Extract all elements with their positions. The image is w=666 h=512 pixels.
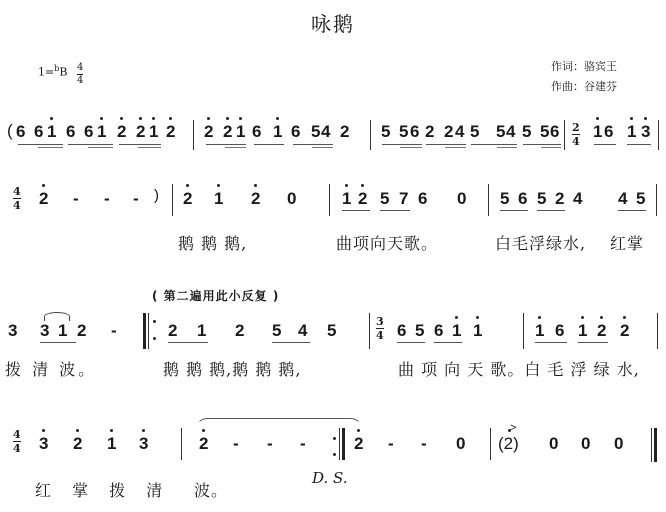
note: 6 xyxy=(550,122,559,142)
note-digit: 1 xyxy=(273,122,282,141)
note: 6 xyxy=(252,122,261,142)
note: 2 xyxy=(183,189,192,209)
note: 6 xyxy=(434,321,443,341)
lyricist-credit: 作词：骆宾王 xyxy=(551,58,617,74)
note: 6 xyxy=(397,321,406,341)
ts-den: 4 xyxy=(376,330,384,341)
note-digit: 1 xyxy=(47,122,56,141)
note: 1 xyxy=(593,122,602,142)
composer-credit: 作曲：谷建芬 xyxy=(551,78,617,94)
note: 1 xyxy=(149,122,158,142)
note: 1 xyxy=(273,122,282,142)
dash: - xyxy=(104,189,110,209)
note: 0 xyxy=(456,434,465,454)
barline xyxy=(564,120,565,150)
note: 2 xyxy=(223,122,232,142)
barline xyxy=(148,313,149,349)
note-digit: 2 xyxy=(251,189,260,208)
time-signature-3-4: 34 xyxy=(376,316,384,341)
dash: - xyxy=(111,321,117,341)
lyric-line: 红掌 xyxy=(610,231,644,254)
note: 6 xyxy=(604,122,613,142)
note: 6 xyxy=(555,321,564,341)
note: 3 xyxy=(641,122,650,142)
note: 5 xyxy=(415,321,424,341)
note: 1 xyxy=(473,321,482,341)
note: 4 xyxy=(455,122,464,142)
key-tonic: B xyxy=(59,66,67,79)
note-digit: 1 xyxy=(97,122,106,141)
note: 6 xyxy=(291,122,300,142)
note: 2 xyxy=(358,189,367,209)
note: 7 xyxy=(399,189,408,209)
accent-mark: > xyxy=(510,422,516,434)
note-digit: 2 xyxy=(199,434,208,453)
note: 5 xyxy=(496,122,505,142)
note: 0 xyxy=(549,434,558,454)
note-digit: 1 xyxy=(107,434,116,453)
note: 2 xyxy=(117,122,126,142)
close-paren: ) xyxy=(154,187,159,204)
note: 5 xyxy=(380,189,389,209)
ts-num: 4 xyxy=(77,63,83,73)
note-digit: 2 xyxy=(354,434,363,453)
ts-num: 2 xyxy=(572,122,580,133)
note-digit: 1 xyxy=(627,122,636,141)
note: 3 xyxy=(139,434,148,454)
note-digit: 2 xyxy=(358,189,367,208)
note: 2 xyxy=(620,321,629,341)
note: 0 xyxy=(614,434,623,454)
note: 6 xyxy=(66,122,75,142)
ts-den: 4 xyxy=(13,200,21,211)
note: 2 xyxy=(39,189,48,209)
note: (2) xyxy=(498,434,519,454)
lyric-line: 拨 清 波。 xyxy=(5,357,97,380)
note: 2 xyxy=(168,321,177,341)
barline xyxy=(523,313,524,349)
dash: - xyxy=(300,434,306,454)
note-digit: 1 xyxy=(535,321,544,340)
note: 6 xyxy=(16,122,25,142)
time-signature-2-4: 24 xyxy=(572,122,580,147)
note: 2 xyxy=(354,434,363,454)
ts-den: 4 xyxy=(572,136,580,147)
barline xyxy=(193,120,194,150)
note: 6 xyxy=(34,122,43,142)
note: 2 xyxy=(340,122,349,142)
note: 5 xyxy=(470,122,479,142)
ts-num: 3 xyxy=(376,316,384,327)
note-digit: 1 xyxy=(342,189,351,208)
note: 1 xyxy=(197,321,206,341)
note: 5 xyxy=(272,321,281,341)
note: 2 xyxy=(199,434,208,454)
barline xyxy=(656,184,657,216)
note: 1 xyxy=(452,321,461,341)
barline xyxy=(172,184,173,216)
open-paren: ( xyxy=(7,121,13,141)
ts-den: 4 xyxy=(77,76,83,86)
note-digit: 1 xyxy=(452,321,461,340)
barline xyxy=(369,313,370,349)
barline xyxy=(181,428,182,460)
barline xyxy=(658,120,659,150)
note: 2 xyxy=(597,321,606,341)
note-digit: 1 xyxy=(473,321,482,340)
lyric-line: 白毛浮绿水, xyxy=(495,231,586,254)
note: 2 xyxy=(251,189,260,209)
note: 4 xyxy=(298,321,307,341)
note-digit: 2 xyxy=(39,189,48,208)
note-digit: 2 xyxy=(204,122,213,141)
dash: - xyxy=(73,189,79,209)
ts-den: 4 xyxy=(13,443,21,454)
lyric-line: 鹅 鹅 鹅, xyxy=(178,231,247,254)
slur-bracket xyxy=(196,418,362,429)
note: 4 xyxy=(321,122,330,142)
note: 0 xyxy=(581,434,590,454)
note: 2 xyxy=(444,122,453,142)
dash: - xyxy=(267,434,273,454)
note-digit: 3 xyxy=(641,122,650,141)
time-signature-4-4: 44 xyxy=(13,429,21,454)
barline xyxy=(488,184,489,216)
note: 4 xyxy=(573,189,582,209)
note: 2 xyxy=(73,434,82,454)
barline xyxy=(329,184,330,216)
repeat-annotation: ( 第二遍用此小反复 ) xyxy=(152,287,279,304)
note: 2 xyxy=(166,122,175,142)
ts-num: 4 xyxy=(13,429,21,440)
note: 4 xyxy=(618,189,627,209)
repeat-start-barline xyxy=(143,313,146,349)
barline xyxy=(651,428,652,462)
dash: - xyxy=(133,189,139,209)
note-digit: 3 xyxy=(39,434,48,453)
note: 1 xyxy=(47,122,56,142)
final-barline xyxy=(654,428,657,462)
note: 1 xyxy=(627,122,636,142)
note: 5 xyxy=(399,122,408,142)
note: 5 xyxy=(537,189,546,209)
note-digit: 2 xyxy=(136,122,145,141)
note: 6 xyxy=(410,122,419,142)
note: 4 xyxy=(506,122,515,142)
time-signature-initial: 44 xyxy=(77,63,83,86)
note-digit: (2) xyxy=(498,434,519,453)
note: 1 xyxy=(578,321,587,341)
note: 2 xyxy=(204,122,213,142)
note-digit: 2 xyxy=(117,122,126,141)
note: 5 xyxy=(636,189,645,209)
note: 1 xyxy=(97,122,106,142)
barline xyxy=(370,120,371,150)
note-digit: 2 xyxy=(183,189,192,208)
note-digit: 1 xyxy=(149,122,158,141)
note: 6 xyxy=(84,122,93,142)
note: 1 xyxy=(535,321,544,341)
note-digit: 2 xyxy=(73,434,82,453)
note: 1 xyxy=(214,189,223,209)
slur xyxy=(44,312,70,321)
time-signature-4-4: 44 xyxy=(13,186,21,211)
ts-num: 4 xyxy=(13,186,21,197)
lyric-line: 波。 xyxy=(194,478,228,501)
note: 5 xyxy=(381,122,390,142)
note: 0 xyxy=(457,189,466,209)
song-title: 咏鹅 xyxy=(0,8,666,37)
note: 2 xyxy=(136,122,145,142)
dash: - xyxy=(233,434,239,454)
lyric-line: 红 掌 拨 清 xyxy=(35,478,170,501)
note: 1 xyxy=(342,189,351,209)
note: 5 xyxy=(500,189,509,209)
note: 5 xyxy=(540,122,549,142)
note: 5 xyxy=(311,122,320,142)
note: 2 xyxy=(555,189,564,209)
key-signature: 1=bB xyxy=(38,64,67,79)
barline xyxy=(490,428,491,460)
barline xyxy=(339,428,340,460)
note-digit: 1 xyxy=(593,122,602,141)
lyric-line: 曲 项 向 天 歌。白 毛 浮 绿 水, xyxy=(398,357,640,380)
note: 5 xyxy=(327,321,336,341)
note-digit: 1 xyxy=(214,189,223,208)
note: 3 xyxy=(39,434,48,454)
note: 1 xyxy=(236,122,245,142)
note-digit: 2 xyxy=(223,122,232,141)
note: 3 xyxy=(8,321,17,341)
lyric-line: 鹅 鹅 鹅,鹅 鹅 鹅, xyxy=(163,357,302,380)
note: 6 xyxy=(518,189,527,209)
dash: - xyxy=(388,434,394,454)
note-digit: 1 xyxy=(236,122,245,141)
note-digit: 2 xyxy=(597,321,606,340)
dal-segno-mark: D. S. xyxy=(312,469,348,487)
note: 3 xyxy=(40,321,49,341)
note-digit: 1 xyxy=(578,321,587,340)
note-digit: 3 xyxy=(139,434,148,453)
lyric-line: 曲项向天歌。 xyxy=(336,231,438,254)
repeat-end-barline xyxy=(342,428,345,460)
note: 1 xyxy=(58,321,67,341)
barline xyxy=(657,313,658,349)
dash: - xyxy=(421,434,427,454)
key-prefix: 1= xyxy=(38,66,54,79)
note-digit: 2 xyxy=(620,321,629,340)
note: 2 xyxy=(77,321,86,341)
note: 1 xyxy=(107,434,116,454)
note: 5 xyxy=(522,122,531,142)
note: 2 xyxy=(235,321,244,341)
note-digit: 2 xyxy=(166,122,175,141)
note: 6 xyxy=(418,189,427,209)
note: 2 xyxy=(425,122,434,142)
note: 0 xyxy=(287,189,296,209)
